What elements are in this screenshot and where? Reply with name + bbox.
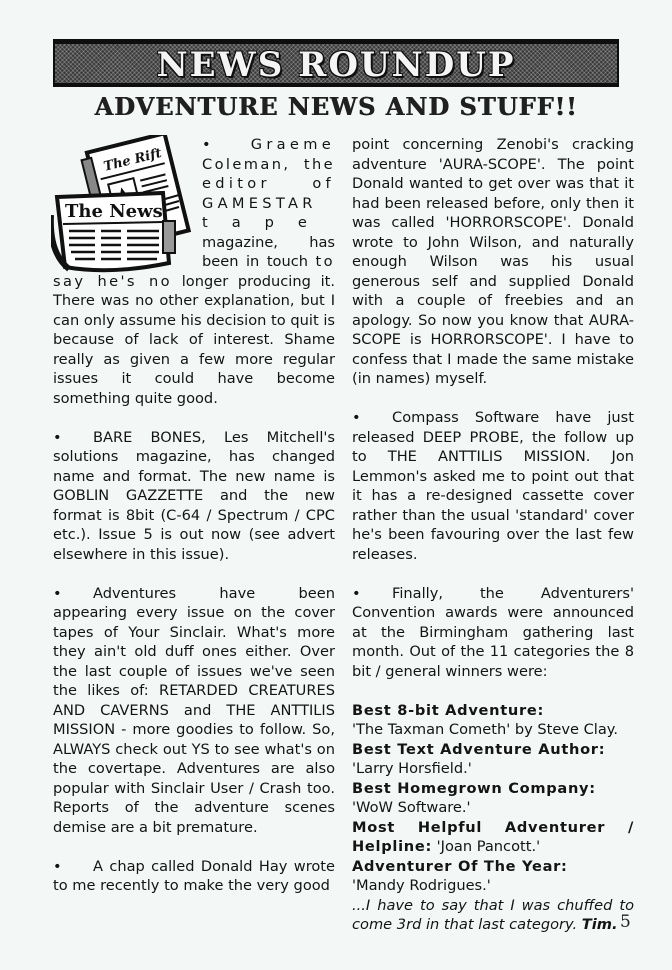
award-category: Best 8-bit Adventure:: [352, 701, 634, 721]
bullet: •: [53, 857, 93, 877]
award-category: Adventurer Of The Year:: [352, 857, 634, 877]
article-donald-hay-continued: point concerning Zenobi's cracking adven…: [352, 135, 634, 389]
article-compass: •Compass Software have just released DEE…: [352, 408, 634, 564]
news-roundup-banner: NEWS ROUNDUP: [53, 39, 619, 87]
award-winner: 'The Taxman Cometh' by Steve Clay.: [352, 720, 634, 740]
magazine-page: NEWS ROUNDUP ADVENTURE NEWS AND STUFF!! …: [0, 0, 672, 970]
bullet: •: [202, 136, 211, 153]
bullet: •: [352, 408, 392, 428]
signature: Tim.: [582, 916, 618, 933]
banner-title: NEWS ROUNDUP: [157, 48, 516, 82]
award-category: Best Text Adventure Author:: [352, 740, 634, 760]
bullet: •: [53, 584, 93, 604]
bullet: •: [352, 584, 392, 604]
awards-list: Best 8-bit Adventure: 'The Taxman Cometh…: [352, 701, 634, 935]
award-winner: 'WoW Software.': [352, 798, 634, 818]
award-winner: 'Larry Horsfield.': [352, 759, 634, 779]
award-category: Best Homegrown Company:: [352, 779, 634, 799]
article-your-sinclair: •Adventures have been appearing every is…: [53, 584, 335, 838]
article-donald-hay-start: •A chap called Donald Hay wrote to me re…: [53, 857, 335, 896]
left-column: The Rift The News: [53, 135, 335, 896]
section-subtitle: ADVENTURE NEWS AND STUFF!!: [53, 92, 619, 121]
svg-text:The News: The News: [65, 201, 163, 222]
award-winner: 'Mandy Rodrigues.': [352, 876, 634, 896]
closing-remark: ...I have to say that I was chuffed to c…: [352, 896, 634, 935]
page-number: 5: [620, 912, 631, 932]
article-awards-intro: •Finally, the Adventurers' Convention aw…: [352, 584, 634, 682]
award-winner: 'Joan Pancott.': [437, 838, 540, 855]
article-bare-bones: •BARE BONES, Les Mitchell's solutions ma…: [53, 428, 335, 565]
award-entry: Most Helpful Adventurer / Helpline: 'Joa…: [352, 818, 634, 857]
bullet: •: [53, 428, 93, 448]
newspaper-stack-icon: The Rift The News: [51, 135, 196, 271]
right-column: point concerning Zenobi's cracking adven…: [352, 135, 634, 935]
